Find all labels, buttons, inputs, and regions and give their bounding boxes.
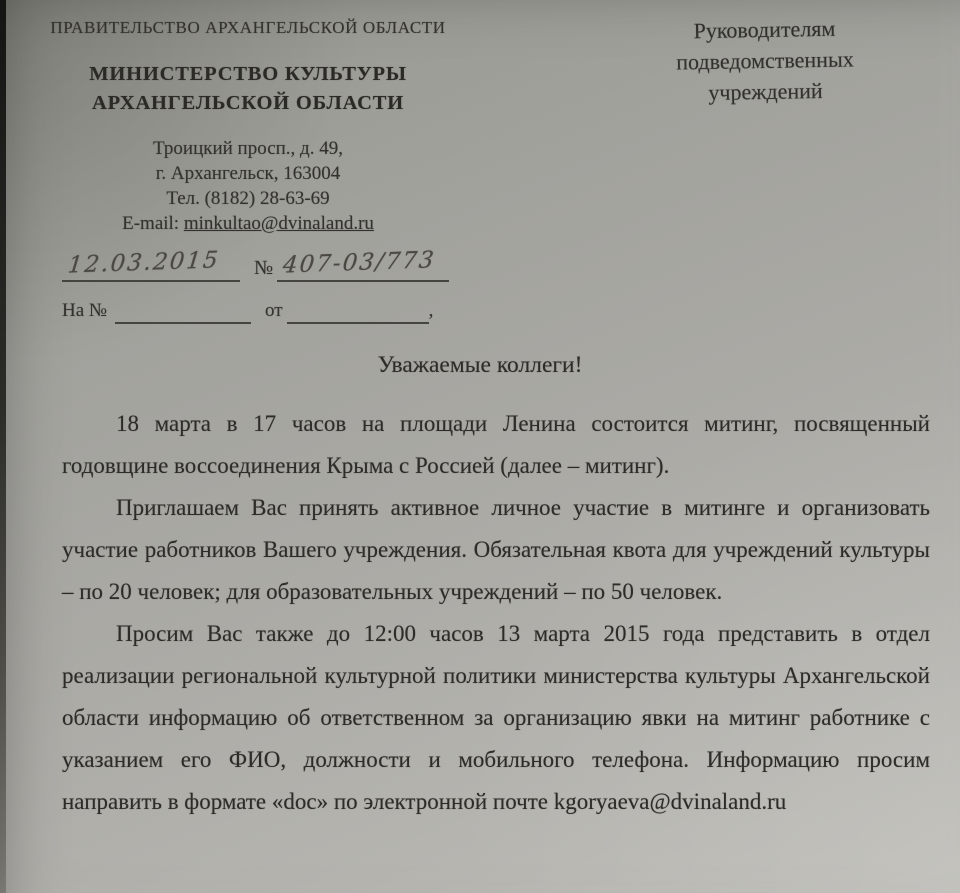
address-line-city: г. Архангельск, 163004 bbox=[38, 161, 458, 186]
address-line-street: Троицкий просп., д. 49, bbox=[38, 136, 458, 161]
trailing-mark: , bbox=[429, 300, 434, 324]
body-paragraph-3-text: Просим Вас также до 12:00 часов 13 марта… bbox=[62, 621, 930, 814]
reply-reference-row: На №от, bbox=[62, 292, 482, 334]
contact-email-cutoff: kgoryaeva@dvinaland.ru bbox=[554, 789, 787, 814]
scanned-letter-page: ПРАВИТЕЛЬСТВО АРХАНГЕЛЬСКОЙ ОБЛАСТИ МИНИ… bbox=[0, 0, 960, 893]
letter-body: 18 марта в 17 часов на площади Ленина со… bbox=[62, 403, 930, 823]
photo-left-edge bbox=[0, 0, 6, 893]
ministry-name-line1: МИНИСТЕРСТВО КУЛЬТУРЫ bbox=[38, 60, 458, 89]
recipient-line3: учреждений bbox=[615, 73, 915, 109]
ministry-name: МИНИСТЕРСТВО КУЛЬТУРЫ АРХАНГЕЛЬСКОЙ ОБЛА… bbox=[38, 60, 458, 118]
address-block: Троицкий просп., д. 49, г. Архангельск, … bbox=[38, 136, 458, 236]
email-label: E-mail: bbox=[122, 213, 184, 234]
date-field: 12.03.2015 bbox=[62, 250, 240, 282]
reply-date-field bbox=[287, 292, 429, 324]
number-field: 407-03/773 bbox=[277, 250, 449, 282]
reply-number-field bbox=[115, 292, 251, 324]
government-name: ПРАВИТЕЛЬСТВО АРХАНГЕЛЬСКОЙ ОБЛАСТИ bbox=[38, 18, 458, 38]
handwritten-date: 12.03.2015 bbox=[61, 247, 221, 279]
date-number-row: 12.03.2015№407-03/773 bbox=[62, 250, 482, 292]
body-paragraph-3: Просим Вас также до 12:00 часов 13 марта… bbox=[62, 613, 930, 823]
letterhead: ПРАВИТЕЛЬСТВО АРХАНГЕЛЬСКОЙ ОБЛАСТИ МИНИ… bbox=[38, 18, 458, 236]
email-line: E-mail: minkultao@dvinaland.ru bbox=[38, 211, 458, 236]
reply-number-label: На № bbox=[62, 300, 107, 324]
salutation: Уважаемые коллеги! bbox=[0, 352, 960, 379]
reply-from-label: от bbox=[251, 300, 283, 324]
body-paragraph-2: Приглашаем Вас принять активное личное у… bbox=[62, 487, 930, 613]
ministry-name-line2: АРХАНГЕЛЬСКОЙ ОБЛАСТИ bbox=[38, 89, 458, 118]
phone-line: Тел. (8182) 28-63-69 bbox=[38, 186, 458, 211]
handwritten-number: 407-03/773 bbox=[276, 247, 437, 279]
recipient-block: Руководителям подведомственных учреждени… bbox=[614, 11, 916, 109]
reference-block: 12.03.2015№407-03/773 На №от, bbox=[62, 250, 482, 334]
email-address: minkultao@dvinaland.ru bbox=[184, 213, 374, 234]
number-sign: № bbox=[240, 257, 277, 282]
body-paragraph-1: 18 марта в 17 часов на площади Ленина со… bbox=[62, 403, 930, 487]
